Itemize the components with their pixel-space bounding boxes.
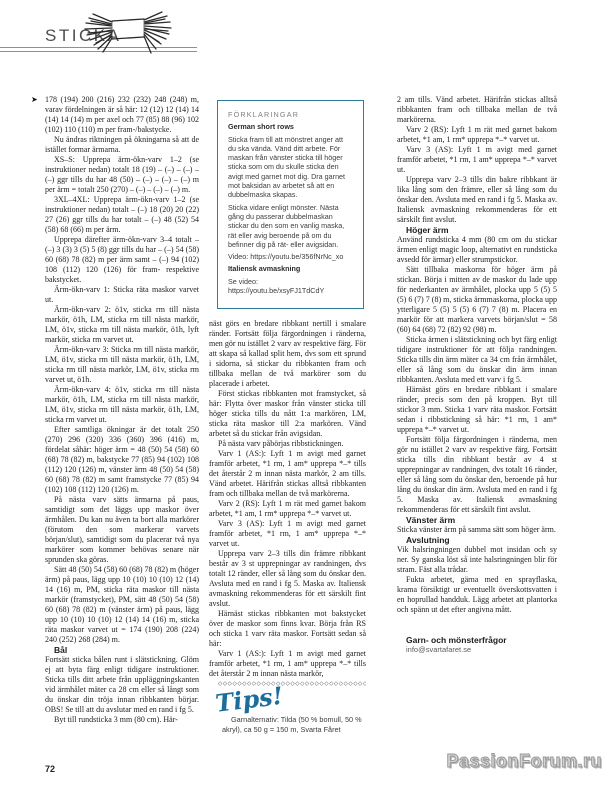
body-paragraph: Varv 2 (RS): Lyft 1 m rät med garnet bak…: [209, 499, 366, 519]
body-paragraph: Sticka vänster ärm på samma sätt som hög…: [397, 525, 557, 535]
body-paragraph: Upprepa därefter ärm-ökn-varv 3–4 totalt…: [45, 235, 199, 285]
column-3: 2 am tills. Vänd arbetet. Härifrån stick…: [397, 95, 557, 655]
heading-italiensk-avmaskning: Italiensk avmaskning: [228, 264, 353, 273]
box-paragraph: Sticka vidare enligt mönster. Nästa gång…: [228, 203, 353, 249]
tips-text: Garnalternativ: Tilda (50 % bomull, 50 %…: [209, 715, 366, 734]
heading-hoger-arm: Höger ärm: [397, 225, 557, 235]
body-paragraph: Härnäst stickas ribbkanten mot bakstycke…: [209, 609, 366, 649]
tips-heading: Tips!: [215, 691, 284, 709]
watermark: PassionForum.ru: [446, 751, 602, 772]
explanations-title: FÖRKLARINGAR: [228, 110, 353, 119]
box-paragraph: Sticka fram till att mönstret anger att …: [228, 135, 353, 200]
contact-email: info@svartafaret.se: [397, 645, 557, 655]
body-paragraph: Upprepa varv 2–3 tills din främre ribbka…: [209, 549, 366, 609]
body-paragraph: Ärm-ökn-varv 4: ö1v, sticka rm till näst…: [45, 385, 199, 425]
body-paragraph: XS–S: Upprepa ärm-ökn-varv 1–2 (se instr…: [45, 155, 199, 195]
body-paragraph: Fortsätt följa färgordningen i ränderna,…: [397, 435, 557, 515]
body-paragraph: Härnäst görs en bredare ribbkant i smala…: [397, 385, 557, 435]
body-paragraph: Sticka ärmen i slätstickning och byt fär…: [397, 335, 557, 385]
body-paragraph: näst görs en bredare ribbkant nertill i …: [209, 319, 366, 389]
paragraph-text: 178 (194) 200 (216) 232 (232) 248 (248) …: [45, 95, 199, 134]
video-link: Se video: https://youtu.be/xsyFJ1TdCdY: [228, 277, 353, 296]
body-paragraph: Varv 1 (AS:): Lyft 1 m avigt med garnet …: [209, 649, 366, 679]
page-number: 72: [45, 764, 55, 774]
body-paragraph: Sätt tillbaka maskorna för höger ärm på …: [397, 265, 557, 335]
contact-heading: Garn- och mönsterfrågor: [397, 635, 557, 645]
column-1: ➤178 (194) 200 (216) 232 (232) 248 (248)…: [45, 95, 199, 725]
heading-bal: Bål: [45, 645, 199, 655]
heading-avslutning: Avslutning: [397, 535, 557, 545]
body-paragraph: Upprepa varv 2–3 tills din bakre ribbkan…: [397, 175, 557, 225]
body-paragraph: Varv 3 (AS): Lyft 1 m avigt med garnet f…: [209, 519, 366, 549]
body-paragraph: 3XL–4XL: Upprepa ärm-ökn-varv 1–2 (se in…: [45, 195, 199, 235]
magazine-page: STICKA ➤178 (194) 200 (216) 232 (232) 24…: [0, 0, 604, 800]
body-paragraph: Vik halsringningen dubbel mot insidan oc…: [397, 545, 557, 575]
body-paragraph: 2 am tills. Vänd arbetet. Härifrån stick…: [397, 95, 557, 125]
body-paragraph: Nu ändras riktningen på ökningarna så at…: [45, 135, 199, 155]
column-2: FÖRKLARINGAR German short rows Sticka fr…: [209, 97, 366, 734]
body-paragraph: På nästa varv sätts ärmarna på paus, sam…: [45, 495, 199, 565]
body-paragraph: Varv 1 (AS:): Lyft 1 m avigt med garnet …: [209, 449, 366, 499]
body-paragraph: Ärm-ökn-varv 3: Sticka rm till nästa mar…: [45, 345, 199, 385]
body-paragraph: Använd rundsticka 4 mm (80 cm om du stic…: [397, 235, 557, 265]
body-paragraph: Varv 2 (RS): Lyft 1 m rät med garnet bak…: [397, 125, 557, 145]
explanations-box: FÖRKLARINGAR German short rows Sticka fr…: [217, 100, 364, 309]
contact-block: Garn- och mönsterfrågor info@svartafaret…: [397, 635, 557, 655]
body-paragraph: Varv 3 (AS): Lyft 1 m avigt med garnet f…: [397, 145, 557, 175]
body-paragraph: Byt till rundsticka 3 mm (80 cm). Här-: [45, 715, 199, 725]
body-paragraph: På nästa varv påbörjas ribbstickningen.: [209, 439, 366, 449]
heading-vanster-arm: Vänster ärm: [397, 515, 557, 525]
heading-german-short-rows: German short rows: [228, 122, 353, 131]
body-paragraph: Efter samtliga ökningar är det totalt 25…: [45, 425, 199, 495]
yarn-skein-icon: [82, 9, 174, 62]
body-paragraph: Ärm-ökn-varv 2: ö1v, sticka rm till näst…: [45, 305, 199, 345]
body-paragraph: Ärm-ökn-varv 1: Sticka räta maskor varve…: [45, 285, 199, 305]
body-paragraph: ➤178 (194) 200 (216) 232 (232) 248 (248)…: [45, 95, 199, 135]
body-paragraph: Fortsätt sticka bålen runt i slätstickni…: [45, 655, 199, 715]
body-paragraph: Sätt 48 (50) 54 (58) 60 (68) 78 (82) m (…: [45, 565, 199, 645]
video-link: Video: https://youtu.be/356fNrNc_xo: [228, 252, 353, 261]
body-paragraph: Fukta arbetet, gärna med en sprayflaska,…: [397, 575, 557, 615]
body-paragraph: Först stickas ribbkanten mot framstycket…: [209, 389, 366, 439]
